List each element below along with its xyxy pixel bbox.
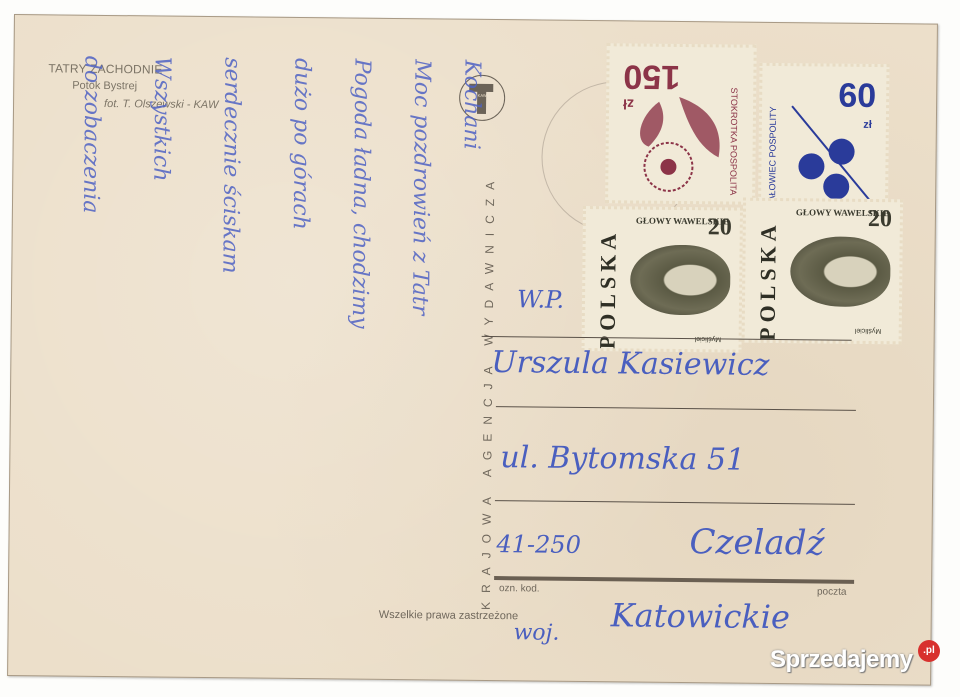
address-postal-code: 41-250	[496, 530, 581, 559]
address-line-3	[495, 500, 855, 505]
postal-code-label: ozn. kod.	[499, 583, 540, 594]
juniper-icon	[781, 96, 882, 204]
address-region: Katowickie	[611, 596, 791, 636]
address-name: Urszula Kasiewicz	[491, 345, 769, 383]
address-honorific: W.P.	[517, 285, 564, 313]
wawel-head-icon	[630, 244, 731, 315]
stamp-20-right: GŁOWY WAWELSKIE 20 POLSKA Myśliciel	[742, 198, 904, 345]
daisy-icon	[628, 86, 739, 197]
stamp-20-left: GŁOWY WAWELSKIE 20 POLSKA Myśliciel	[582, 206, 744, 353]
watermark-text: Sprzedajemy	[770, 646, 913, 674]
stamp-150: 150 zł STOKROTKA POSPOLITA	[605, 43, 757, 205]
wawel-head-icon	[790, 236, 891, 307]
address-line-2	[496, 406, 856, 411]
post-office-label: poczta	[817, 586, 847, 597]
copyright: Wszelkie prawa zastrzeżone	[379, 609, 519, 622]
watermark-badge: .pl	[918, 640, 940, 662]
address-woj: woj.	[513, 620, 559, 645]
address-line-4	[494, 576, 854, 584]
postcard: TATRY ZACHODNIE Potok Bystrej fot. T. Ol…	[7, 14, 938, 686]
address-street: ul. Bytomska 51	[500, 440, 745, 478]
address-city: Czeladź	[689, 522, 824, 563]
stamp-60: 60 zł JAŁOWIEC POSPOLITY	[758, 63, 889, 204]
handwritten-letter: Kochani Moc pozdrowień z Tatr Pogoda ład…	[28, 55, 474, 670]
